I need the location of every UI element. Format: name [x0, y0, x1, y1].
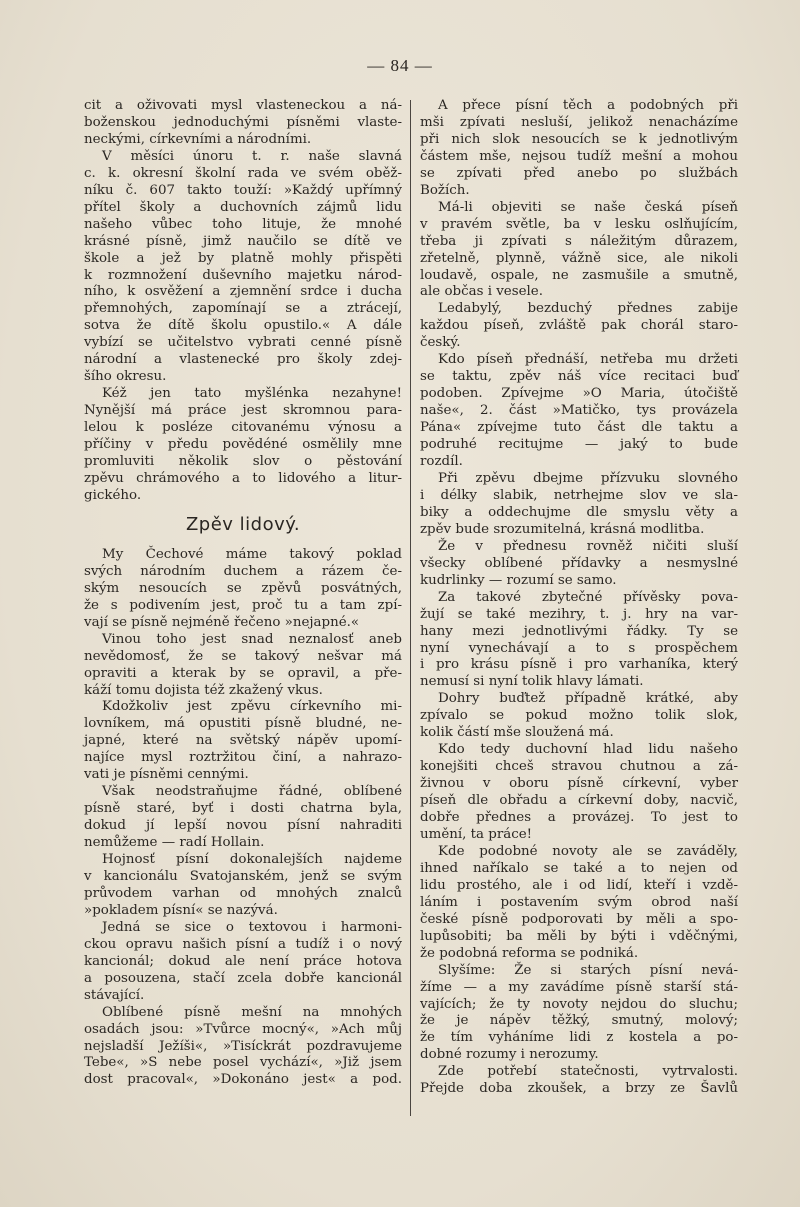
- text-line: Oblíbené písně mešní na mnohých: [84, 1005, 402, 1022]
- text-line: hany mezi jednotlivými řádky. Ty se: [420, 624, 738, 641]
- text-line: stávající.: [84, 988, 402, 1005]
- text-line: se zpívati před anebo po službách: [420, 166, 738, 183]
- text-line: cit a oživovati mysl vlasteneckou a ná-: [84, 98, 402, 115]
- text-line: Přejde doba zkoušek, a brzy ze Šavlů: [420, 1081, 738, 1098]
- text-line: lelou k posléze citovanému výnosu a: [84, 420, 402, 437]
- text-line: přítel školy a duchovních zájmů lidu: [84, 200, 402, 217]
- text-line: lidu prostého, ale i od lidí, kteří i vz…: [420, 878, 738, 895]
- column-divider: [410, 100, 411, 1116]
- text-line: všecky oblíbené přídavky a nesmyslné: [420, 556, 738, 573]
- text-line: že tím vyháníme lidi z kostela a po-: [420, 1030, 738, 1047]
- text-line: třeba ji zpívati s náležitým důrazem,: [420, 234, 738, 251]
- text-line: Kdožkoliv jest zpěvu církevního mi-: [84, 699, 402, 716]
- text-line: průvodem varhan od mnohých znalců: [84, 886, 402, 903]
- text-line: Tebe«, »S nebe posel vychází«, »Již jsem: [84, 1055, 402, 1072]
- text-line: promluviti několik slov o pěstování: [84, 454, 402, 471]
- text-line: živnou v oboru písně církevní, vyber: [420, 776, 738, 793]
- text-line: v pravém světle, ba v lesku oslňujícím,: [420, 217, 738, 234]
- text-line: káží tomu dojista též zkažený vkus.: [84, 683, 402, 700]
- text-line: kancionál; dokud ale není práce hotova: [84, 954, 402, 971]
- text-line: podruhé recitujme — jaký to bude: [420, 437, 738, 454]
- text-line: biky a oddechujme dle smyslu věty a: [420, 505, 738, 522]
- text-line: že je nápěv těžký, smutný, molový;: [420, 1013, 738, 1030]
- text-line: české písně podporovati by měli a spo-: [420, 912, 738, 929]
- text-line: zpěvu chrámového a to lidového a litur-: [84, 471, 402, 488]
- text-line: Že v přednesu rovněž ničiti sluší: [420, 539, 738, 556]
- text-line: částem mše, nejsou tudíž mešní a mohou: [420, 149, 738, 166]
- text-line: nemůžeme — radí Hollain.: [84, 835, 402, 852]
- text-line: ního, k osvěžení a zjemnění srdce i duch…: [84, 284, 402, 301]
- text-line: vati je písněmi cennými.: [84, 767, 402, 784]
- text-line: neckými, církevními a národními.: [84, 132, 402, 149]
- text-line: naše«, 2. část »Matičko, tys provázela: [420, 403, 738, 420]
- text-line: Dohry buďtež případně krátké, aby: [420, 691, 738, 708]
- text-line: osadách jsou: »Tvůrce mocný«, »Ach můj: [84, 1022, 402, 1039]
- section-heading: Zpěv lidový.: [84, 515, 402, 535]
- text-line: dobře přednes a provázej. To jest to: [420, 810, 738, 827]
- page-number: — 84 —: [0, 56, 800, 76]
- text-line: svých národním duchem a rázem če-: [84, 564, 402, 581]
- text-line: Vinou toho jest snad neznalosť aneb: [84, 632, 402, 649]
- text-line: rozdíl.: [420, 454, 738, 471]
- text-line: Slyšíme: Že si starých písní nevá-: [420, 963, 738, 980]
- text-line: zpívalo se pokud možno tolik slok,: [420, 708, 738, 725]
- text-line: Zde potřebí statečnosti, vytrvalosti.: [420, 1064, 738, 1081]
- text-line: sotva že dítě školu opustilo.« A dále: [84, 318, 402, 335]
- text-line: každou píseň, zvláště pak chorál staro-: [420, 318, 738, 335]
- text-line: mši zpívati nesluší, jelikož nenacházíme: [420, 115, 738, 132]
- text-line: se taktu, zpěv náš více recitaci buď: [420, 369, 738, 386]
- text-line: i délky slabik, netrhejme slov ve sla-: [420, 488, 738, 505]
- text-line: lovníkem, má opustiti písně bludné, ne-: [84, 716, 402, 733]
- text-line: vybízí se učitelstvo vybrati cenné písně: [84, 335, 402, 352]
- text-line: nevědomosť, že se takový nešvar má: [84, 649, 402, 666]
- text-line: písně staré, byť i dosti chatrna byla,: [84, 801, 402, 818]
- text-line: národní a vlastenecké pro školy zdej-: [84, 352, 402, 369]
- text-line: že podobná reforma se podniká.: [420, 946, 738, 963]
- text-line: Kdo píseň přednáší, netřeba mu držeti: [420, 352, 738, 369]
- text-line: Kdo tedy duchovní hlad lidu našeho: [420, 742, 738, 759]
- text-line: opraviti a kterak by se opravil, a pře-: [84, 666, 402, 683]
- text-line: kolik částí mše sloužená má.: [420, 725, 738, 742]
- text-line: loudavě, ospale, ne zasmušile a smutně,: [420, 268, 738, 285]
- text-line: český.: [420, 335, 738, 352]
- text-line: Hojnosť písní dokonalejších najdeme: [84, 852, 402, 869]
- text-line: ským nesoucích se zpěvů posvátných,: [84, 581, 402, 598]
- text-line: Má-li objeviti se naše česká píseň: [420, 200, 738, 217]
- text-line: konejšiti chceš stravou chutnou a zá-: [420, 759, 738, 776]
- text-line: zřetelně, plynně, vážně sice, ale nikoli: [420, 251, 738, 268]
- text-line: v kancionálu Svatojanském, jenž se svým: [84, 869, 402, 886]
- left-column: cit a oživovati mysl vlasteneckou a ná-b…: [84, 98, 402, 1089]
- text-line: Božích.: [420, 183, 738, 200]
- text-line: Nynější má práce jest skromnou para-: [84, 403, 402, 420]
- text-line: vají se písně nejméně řečeno »nejapné.«: [84, 615, 402, 632]
- text-line: při nich slok nesoucích se k jednotlivým: [420, 132, 738, 149]
- text-line: My Čechové máme takový poklad: [84, 547, 402, 564]
- text-line: přemnohých, zapomínají se a ztrácejí,: [84, 301, 402, 318]
- text-line: níku č. 607 takto touží: »Každý upřímný: [84, 183, 402, 200]
- text-line: k rozmnožení duševního majetku národ-: [84, 268, 402, 285]
- text-line: škole a jež by platně mohly přispěti: [84, 251, 402, 268]
- text-line: dokud jí lepší novou písní nahraditi: [84, 818, 402, 835]
- text-line: ckou opravu našich písní a tudíž i o nov…: [84, 937, 402, 954]
- text-line: lupůsobiti; ba měli by býti i vděčnými,: [420, 929, 738, 946]
- text-line: podoben. Zpívejme »O Maria, útočiště: [420, 386, 738, 403]
- text-line: Při zpěvu dbejme přízvuku slovného: [420, 471, 738, 488]
- text-line: umění, ta práce!: [420, 827, 738, 844]
- text-line: kudrlinky — rozumí se samo.: [420, 573, 738, 590]
- text-line: šího okresu.: [84, 369, 402, 386]
- text-line: najíce mysl roztržitou činí, a nahrazo-: [84, 750, 402, 767]
- text-line: ale občas i vesele.: [420, 284, 738, 301]
- text-line: a posouzena, stačí zcela dobře kancionál: [84, 971, 402, 988]
- text-line: »pokladem písní« se nazývá.: [84, 903, 402, 920]
- text-line: c. k. okresní školní rada ve svém oběž-: [84, 166, 402, 183]
- text-line: Kde podobné novoty ale se zaváděly,: [420, 844, 738, 861]
- text-line: i pro krásu písně i pro varhaníka, který: [420, 657, 738, 674]
- text-line: vajících; že ty novoty nejdou do sluchu;: [420, 997, 738, 1014]
- text-line: Ledabylý, bezduchý přednes zabije: [420, 301, 738, 318]
- text-line: krásné písně, jimž naučilo se dítě ve: [84, 234, 402, 251]
- text-line: láním i postavením svým obrod naší: [420, 895, 738, 912]
- right-column: A přece písní těch a podobných přimši zp…: [420, 98, 738, 1098]
- text-line: zpěv bude srozumitelná, krásná modlitba.: [420, 522, 738, 539]
- text-line: že s podivením jest, proč tu a tam zpí-: [84, 598, 402, 615]
- text-line: příčiny v předu povědéné osmělily mne: [84, 437, 402, 454]
- text-line: ihned naříkalo se také a to nejen od: [420, 861, 738, 878]
- text-line: žují se také mezihry, t. j. hry na var-: [420, 607, 738, 624]
- text-line: A přece písní těch a podobných při: [420, 98, 738, 115]
- text-line: Kéž jen tato myšlénka nezahyne!: [84, 386, 402, 403]
- text-line: nemusí si nyní tolik hlavy lámati.: [420, 674, 738, 691]
- text-line: našeho vůbec toho lituje, že mnohé: [84, 217, 402, 234]
- text-line: nyní vynechávají a to s prospěchem: [420, 641, 738, 658]
- text-line: píseň dle obřadu a církevní doby, nacvič…: [420, 793, 738, 810]
- text-line: gického.: [84, 488, 402, 505]
- text-line: V měsíci únoru t. r. naše slavná: [84, 149, 402, 166]
- text-line: žíme — a my zavádíme písně starší stá-: [420, 980, 738, 997]
- text-line: dobné rozumy i nerozumy.: [420, 1047, 738, 1064]
- text-line: Jedná se sice o textovou i harmoni-: [84, 920, 402, 937]
- text-line: Za takové zbytečné přívěsky pova-: [420, 590, 738, 607]
- text-line: boženskou jednoduchými písněmi vlaste-: [84, 115, 402, 132]
- text-line: japné, které na světský nápěv upomí-: [84, 733, 402, 750]
- text-line: nejsladší Ježíši«, »Tisíckrát pozdravuje…: [84, 1039, 402, 1056]
- text-line: Však neodstraňujme řádné, oblíbené: [84, 784, 402, 801]
- text-line: dost pracoval«, »Dokonáno jest« a pod.: [84, 1072, 402, 1089]
- text-line: Pána« zpívejme tuto část dle taktu a: [420, 420, 738, 437]
